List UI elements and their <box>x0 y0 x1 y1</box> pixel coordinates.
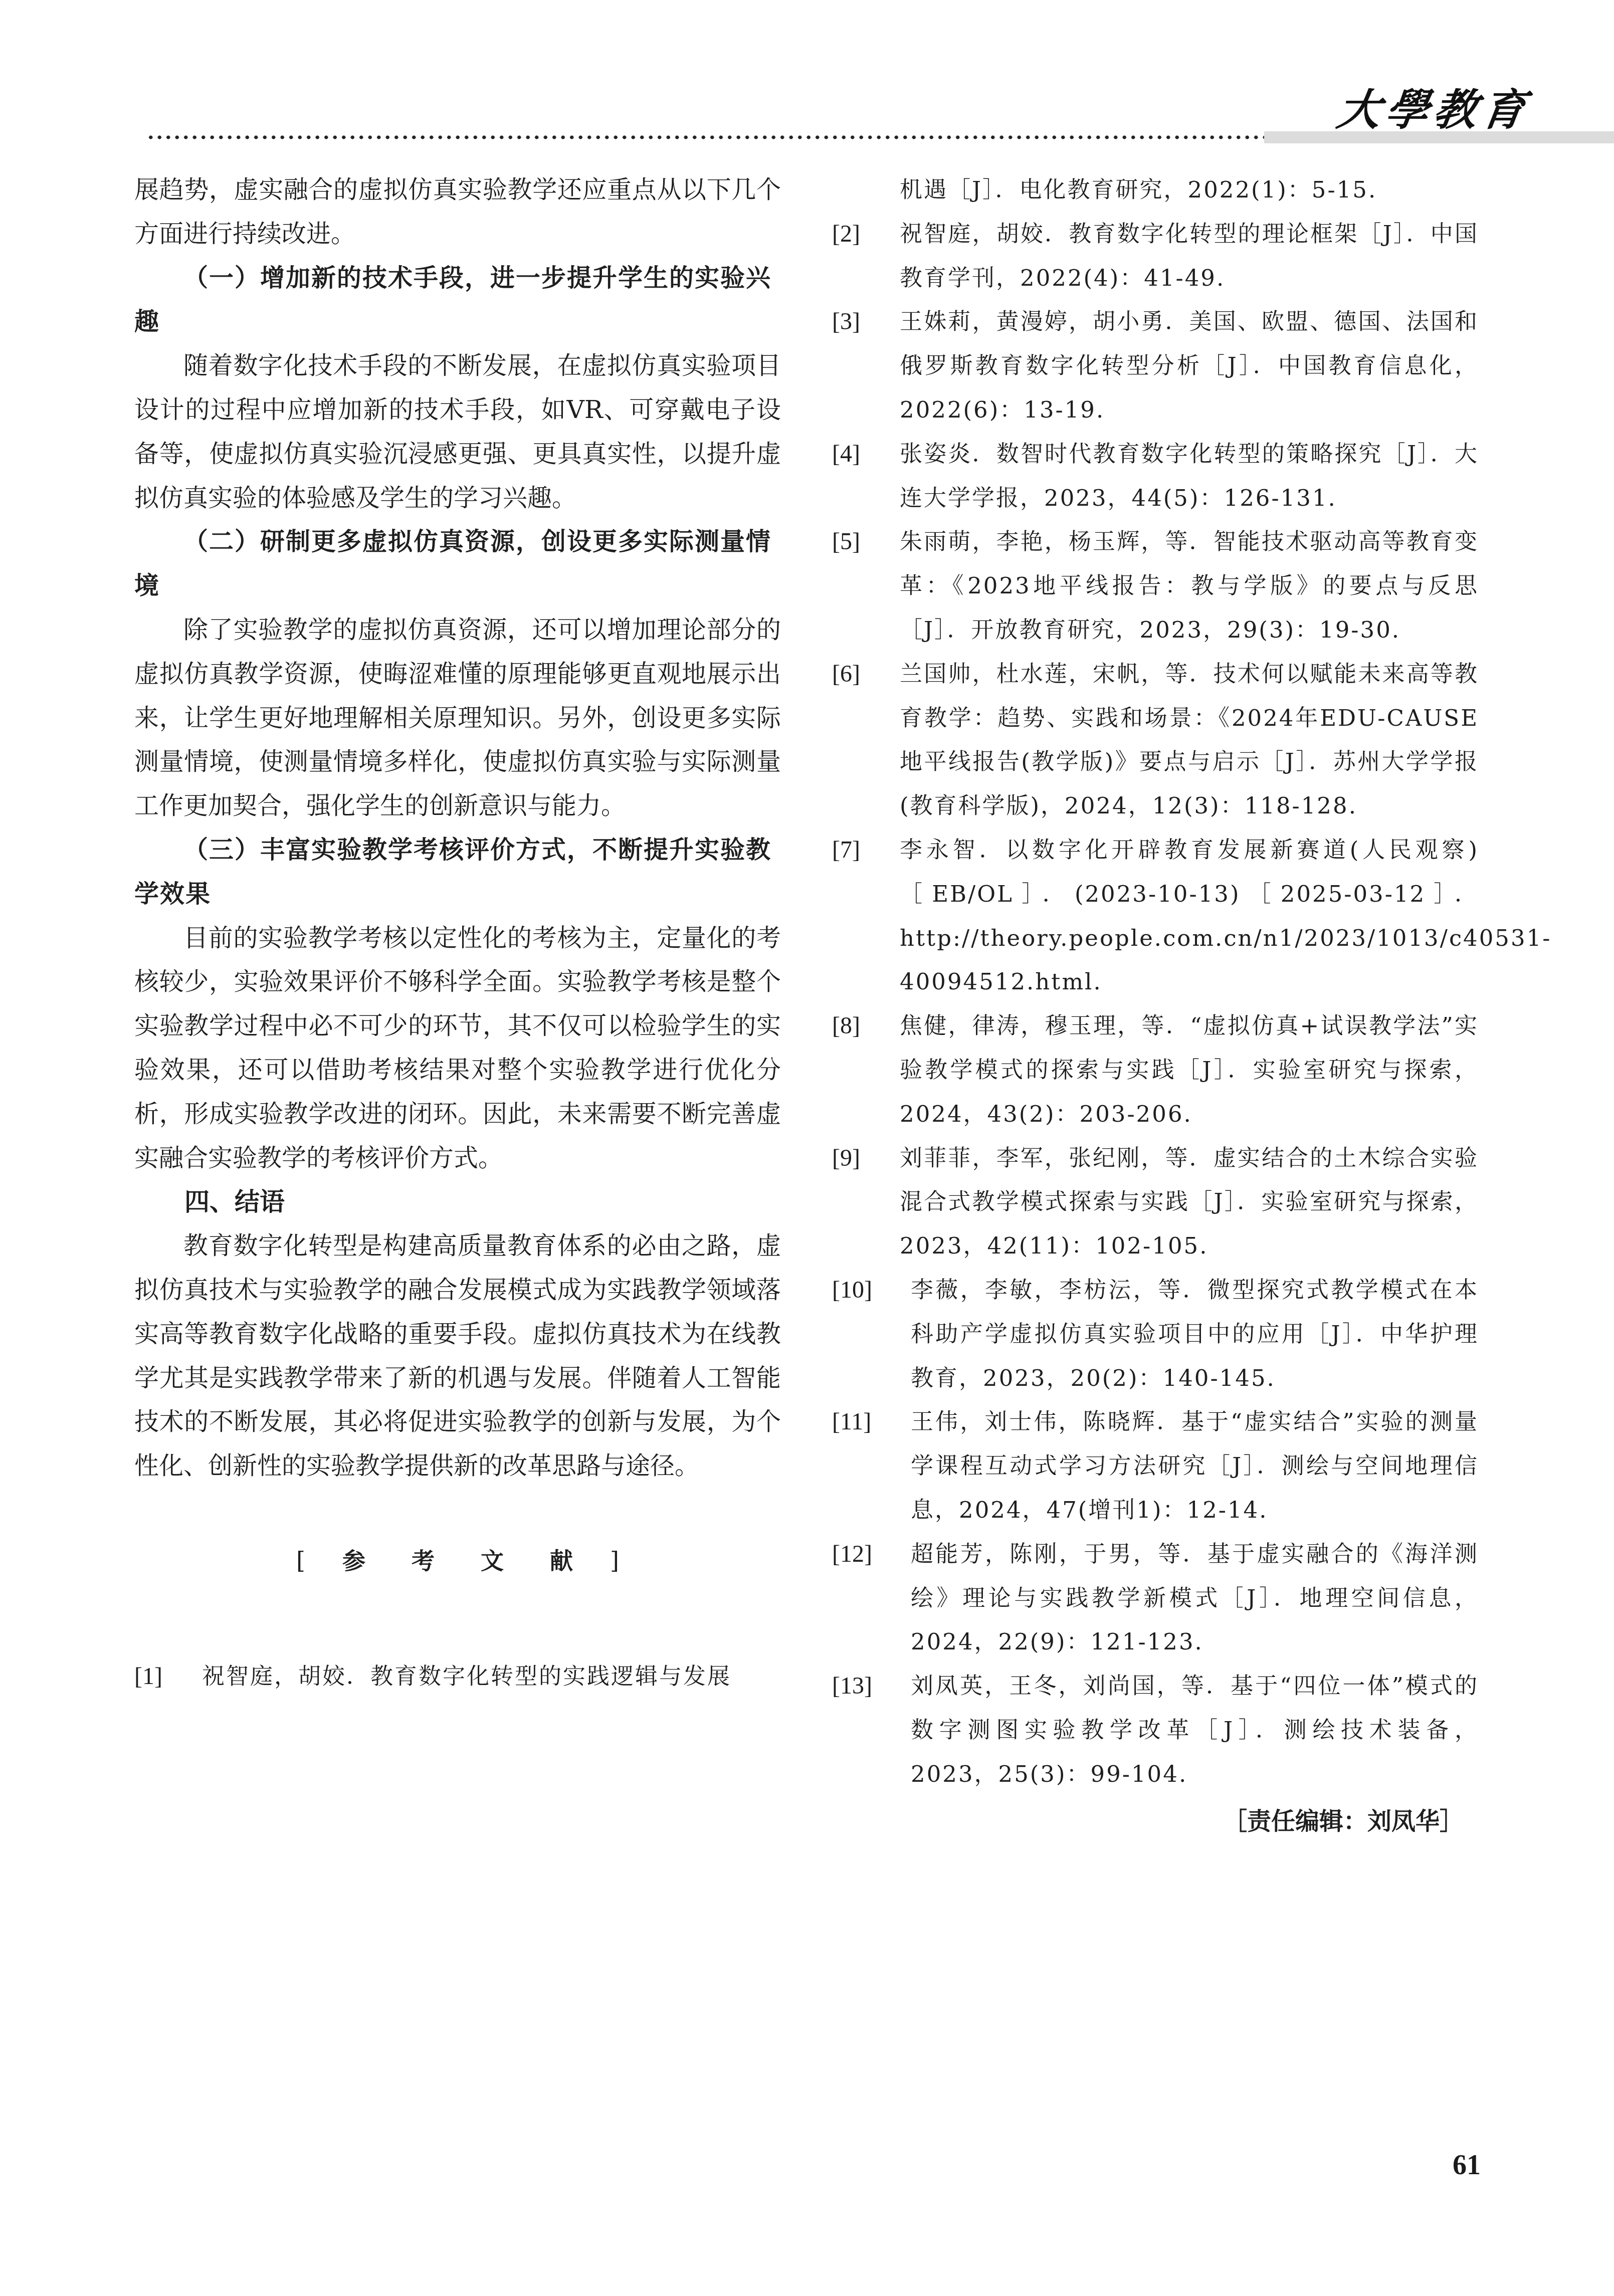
reference-number: [1] <box>134 1654 162 1699</box>
reference-number: [13] <box>832 1664 872 1708</box>
reference-item: [3] 王姝莉，黄漫婷，胡小勇．美国、欧盟、德国、法国和俄罗斯教育数字化转型分析… <box>832 300 1479 432</box>
reference-number: [2] <box>832 212 860 256</box>
reference-text: 祝智庭，胡姣．教育数字化转型的理论框架［J］．中国教育学刊，2022(4)：41… <box>900 221 1479 291</box>
reference-item: [4] 张姿炎．数智时代教育数字化转型的策略探究［J］．大连大学学报，2023，… <box>832 432 1479 520</box>
body-paragraph: 除了实验教学的虚拟仿真资源，还可以增加理论部分的虚拟仿真教学资源，使晦涩难懂的原… <box>134 608 781 828</box>
reference-text: 机遇［J］．电化教育研究，2022(1)：5-15. <box>900 176 1377 203</box>
reference-number: [11] <box>832 1400 871 1444</box>
subheading-3: （三）丰富实验教学考核评价方式，不断提升实验教学效果 <box>134 828 781 916</box>
reference-item-continued: 机遇［J］．电化教育研究，2022(1)：5-15. <box>832 168 1479 212</box>
reference-text: 李薇，李敏，李枋沄，等．微型探究式教学模式在本科助产学虚拟仿真实验项目中的应用［… <box>911 1277 1479 1391</box>
reference-item: [8] 焦健，律涛，穆玉理，等．“虚拟仿真+试误教学法”实验教学模式的探索与实践… <box>832 1004 1479 1136</box>
reference-item: [10] 李薇，李敏，李枋沄，等．微型探究式教学模式在本科助产学虚拟仿真实验项目… <box>832 1268 1479 1400</box>
section-heading-conclusion: 四、结语 <box>134 1180 781 1224</box>
body-paragraph: 随着数字化技术手段的不断发展，在虚拟仿真实验项目设计的过程中应增加新的技术手段，… <box>134 344 781 520</box>
reference-text: 王姝莉，黄漫婷，胡小勇．美国、欧盟、德国、法国和俄罗斯教育数字化转型分析［J］．… <box>900 308 1479 423</box>
journal-logo: 大學教育 <box>1334 75 1493 133</box>
reference-number: [9] <box>832 1136 860 1180</box>
page-number: 61 <box>1453 2149 1481 2181</box>
reference-text: 李永智．以数字化开辟教育发展新赛道(人民观察)［EB/OL］．(2023-10-… <box>900 837 1551 995</box>
right-column: 机遇［J］．电化教育研究，2022(1)：5-15. [2] 祝智庭，胡姣．教育… <box>832 168 1479 1844</box>
reference-number: [12] <box>832 1532 872 1576</box>
reference-text: 张姿炎．数智时代教育数字化转型的策略探究［J］．大连大学学报，2023，44(5… <box>900 441 1479 511</box>
body-paragraph: 展趋势，虚实融合的虚拟仿真实验教学还应重点从以下几个方面进行持续改进。 <box>134 168 781 256</box>
reference-text: 超能芳，陈刚，于男，等．基于虚实融合的《海洋测绘》理论与实践教学新模式［J］．地… <box>911 1541 1479 1655</box>
reference-item: [5] 朱雨萌，李艳，杨玉辉，等．智能技术驱动高等教育变革：《2023地平线报告… <box>832 520 1479 652</box>
reference-item: [9] 刘菲菲，李军，张纪刚，等．虚实结合的土木综合实验混合式教学模式探索与实践… <box>832 1136 1479 1268</box>
header-dotted-rule <box>146 134 1266 140</box>
reference-number: [10] <box>832 1268 872 1312</box>
body-paragraph: 目前的实验教学考核以定性化的考核为主，定量化的考核较少，实验效果评价不够科学全面… <box>134 916 781 1180</box>
reference-item: [2] 祝智庭，胡姣．教育数字化转型的理论框架［J］．中国教育学刊，2022(4… <box>832 212 1479 300</box>
responsible-editor: ［责任编辑：刘凤华］ <box>832 1800 1464 1844</box>
body-paragraph: 教育数字化转型是构建高质量教育体系的必由之路，虚拟仿真技术与实验教学的融合发展模… <box>134 1224 781 1488</box>
reference-item: [6] 兰国帅，杜水莲，宋帆，等．技术何以赋能未来高等教育教学：趋势、实践和场景… <box>832 652 1479 828</box>
reference-number: [3] <box>832 300 860 344</box>
subheading-2: （二）研制更多虚拟仿真资源，创设更多实际测量情境 <box>134 520 781 608</box>
reference-text: 焦健，律涛，穆玉理，等．“虚拟仿真+试误教学法”实验教学模式的探索与实践［J］．… <box>900 1012 1479 1127</box>
reference-text: 刘凤英，王冬，刘尚国，等．基于“四位一体”模式的数字测图实验教学改革［J］．测绘… <box>911 1673 1479 1787</box>
reference-text: 祝智庭，胡姣．教育数字化转型的实践逻辑与发展 <box>202 1663 731 1690</box>
subheading-1: （一）增加新的技术手段，进一步提升学生的实验兴趣 <box>134 256 781 344</box>
reference-item: [13] 刘凤英，王冬，刘尚国，等．基于“四位一体”模式的数字测图实验教学改革［… <box>832 1664 1479 1796</box>
reference-item: [7] 李永智．以数字化开辟教育发展新赛道(人民观察)［EB/OL］．(2023… <box>832 828 1479 1004</box>
reference-item: [12] 超能芳，陈刚，于男，等．基于虚实融合的《海洋测绘》理论与实践教学新模式… <box>832 1532 1479 1664</box>
reference-number: [7] <box>832 828 860 872</box>
reference-item: [11] 王伟，刘士伟，陈晓辉．基于“虚实结合”实验的测量学课程互动式学习方法研… <box>832 1400 1479 1532</box>
reference-number: [6] <box>832 652 860 696</box>
reference-number: [8] <box>832 1004 860 1048</box>
left-column: 展趋势，虚实融合的虚拟仿真实验教学还应重点从以下几个方面进行持续改进。 （一）增… <box>134 168 781 1699</box>
reference-text: 朱雨萌，李艳，杨玉辉，等．智能技术驱动高等教育变革：《2023地平线报告：教与学… <box>900 528 1479 643</box>
reference-text: 王伟，刘士伟，陈晓辉．基于“虚实结合”实验的测量学课程互动式学习方法研究［J］．… <box>911 1408 1479 1523</box>
reference-number: [4] <box>832 432 860 476</box>
reference-text: 兰国帅，杜水莲，宋帆，等．技术何以赋能未来高等教育教学：趋势、实践和场景：《20… <box>900 661 1479 819</box>
reference-number: [5] <box>832 520 860 564</box>
reference-text: 刘菲菲，李军，张纪刚，等．虚实结合的土木综合实验混合式教学模式探索与实践［J］．… <box>900 1145 1479 1260</box>
reference-item: [1] 祝智庭，胡姣．教育数字化转型的实践逻辑与发展 <box>134 1654 781 1699</box>
header-gray-bar <box>1264 131 1614 143</box>
references-heading: [ 参 考 文 献 ] <box>134 1538 781 1583</box>
